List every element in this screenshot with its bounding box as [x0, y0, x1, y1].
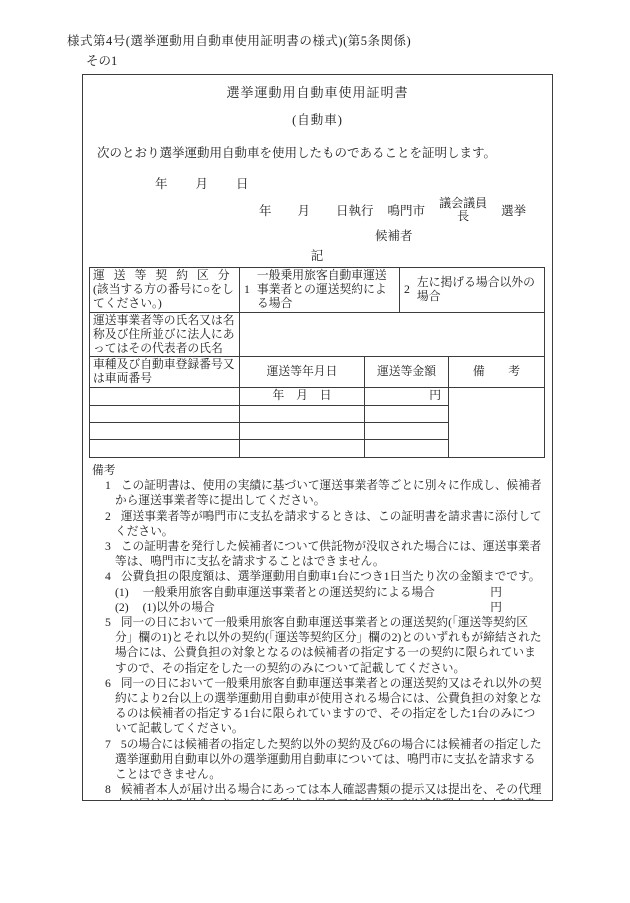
note-subitem-4-1: (1) 一般乗用旅客自動車運送事業者との運送契約による場合 円 — [115, 585, 544, 600]
vehicle-entry-cell — [90, 439, 240, 457]
date-entry-cell — [240, 405, 365, 422]
table-row: 年 月 日 円 — [90, 387, 545, 405]
election-day-exec-label: 日執行 — [336, 201, 374, 219]
note-text: 同一の日において一般乗用旅客自動車運送事業者との運送契約(「運送等契約区分」欄の… — [115, 616, 542, 675]
unit-date-cell: 年 月 日 — [240, 387, 365, 405]
ki-label: 記 — [91, 246, 544, 264]
note-item-2: 2運送事業者等が鳴門市に支払を請求するときは、この証明書を請求書に添付してくださ… — [96, 509, 544, 539]
note-item-5: 5同一の日において一般乗用旅客自動車運送事業者との運送契約(「運送等契約区分」欄… — [96, 615, 544, 676]
option-2-number: 2 — [403, 283, 410, 297]
unit-yen-cell: 円 — [365, 387, 449, 405]
note-text: 同一の日において一般乗用旅客自動車運送事業者との運送契約又はそれ以外の契約により… — [115, 677, 542, 736]
operator-row: 運送事業者等の氏名又は名称及び住所並びに法人にあってはその代表者の氏名 — [90, 313, 545, 357]
office-mayor-label: 長 — [457, 210, 469, 223]
contract-category-cell: 運送等契約区分 (該当する方の番号に○をしてください。) — [90, 268, 240, 313]
issue-day-label: 日 — [236, 174, 249, 192]
note-text: 5の場合には候補者の指定した契約以外の契約及び6の場合には候補者の指定した選挙運… — [115, 738, 542, 781]
vehicle-entry-cell — [90, 405, 240, 422]
issue-month-label: 月 — [196, 174, 209, 192]
date-entry-cell — [240, 422, 365, 439]
note-text: この証明書は、使用の実績に基づいて運送事業者等ごとに別々に作成し、候補者から運送… — [115, 479, 542, 507]
option-1-number: 1 — [243, 283, 250, 297]
note-number: 3 — [105, 540, 111, 553]
amount-column-header: 運送等金額 — [365, 357, 449, 388]
option-2-text: 左に掲げる場合以外の場合 — [417, 276, 541, 304]
contract-option-2-cell: 2 左に掲げる場合以外の場合 — [400, 268, 545, 313]
note-subitem-4-2: (2) (1)以外の場合 円 — [115, 600, 544, 615]
vehicle-entry-cell — [90, 422, 240, 439]
note-number: 5 — [105, 616, 111, 629]
note-number: 7 — [105, 738, 111, 751]
subitem-yen-label: 円 — [490, 600, 502, 615]
contract-option-1-cell: 1 一般乗用旅客自動車運送事業者との運送契約による場合 — [240, 268, 400, 313]
operator-entry-cell — [240, 313, 545, 357]
date-column-header: 運送等年月日 — [240, 357, 365, 388]
note-number: 8 — [105, 783, 111, 796]
contract-category-note: (該当する方の番号に○をしてください。) — [93, 283, 236, 311]
election-label: 選挙 — [501, 201, 526, 219]
note-number: 1 — [105, 479, 111, 492]
notes-section: 備考 1この証明書は、使用の実績に基づいて運送事業者等ごとに別々に作成し、候補者… — [91, 463, 544, 801]
amount-entry-cell — [365, 439, 449, 457]
city-label: 鳴門市 — [388, 201, 426, 219]
subitem-yen-label: 円 — [490, 585, 502, 600]
contract-category-label: 運送等契約区分 — [93, 269, 236, 283]
note-number: 4 — [105, 570, 111, 583]
note-item-6: 6同一の日において一般乗用旅客自動車運送事業者との運送契約又はそれ以外の契約によ… — [96, 676, 544, 737]
office-type-stack: 議会議員 長 — [439, 197, 487, 223]
note-item-3: 3この証明書を発行した候補者について供託物が没収された場合には、運送事業者等は、… — [96, 539, 544, 569]
subitem-text: (1)以外の場合 — [143, 600, 491, 615]
subitem-number: (2) — [115, 600, 129, 615]
note-item-1: 1この証明書は、使用の実績に基づいて運送事業者等ごとに別々に作成し、候補者から運… — [96, 478, 544, 508]
issue-year-label: 年 — [155, 174, 168, 192]
statement-text: 次のとおり選挙運動用自動車を使用したものであることを証明します。 — [97, 143, 544, 161]
certificate-title: 選挙運動用自動車使用証明書 — [91, 82, 544, 101]
election-year-label: 年 — [259, 201, 272, 219]
certificate-subtitle: (自動車) — [91, 110, 544, 128]
amount-entry-cell — [365, 405, 449, 422]
certificate-box: 選挙運動用自動車使用証明書 (自動車) 次のとおり選挙運動用自動車を使用したもの… — [82, 74, 553, 801]
notes-heading: 備考 — [92, 463, 544, 478]
note-number: 2 — [105, 510, 111, 523]
note-text: この証明書を発行した候補者について供託物が没収された場合には、運送事業者等は、鳴… — [115, 540, 541, 568]
note-item-8: 8候補者本人が届け出る場合にあっては本人確認書類の提示又は提出を、その代理人が届… — [96, 782, 544, 801]
vehicle-label-cell: 車種及び自動車登録番号又は車両番号 — [90, 357, 240, 388]
remarks-entry-cell — [449, 387, 545, 457]
election-info-line: 年 月 日執行 鳴門市 議会議員 長 選挙 — [259, 195, 544, 225]
issue-date-line: 年 月 日 — [155, 174, 544, 192]
operator-label-cell: 運送事業者等の氏名又は名称及び住所並びに法人にあってはその代表者の氏名 — [90, 313, 240, 357]
sub-number-label: その1 — [86, 51, 117, 69]
column-header-row: 車種及び自動車登録番号又は車両番号 運送等年月日 運送等金額 備 考 — [90, 357, 545, 388]
election-month-label: 月 — [298, 201, 311, 219]
note-text: 公費負担の限度額は、選挙運動用自動車1台につき1日当たり次の金額までです。 — [121, 570, 541, 583]
date-entry-cell — [240, 439, 365, 457]
subitem-number: (1) — [115, 585, 129, 600]
candidate-label: 候補者 — [375, 226, 544, 244]
usage-table: 運送等契約区分 (該当する方の番号に○をしてください。) 1 一般乗用旅客自動車… — [89, 267, 545, 458]
note-text: 候補者本人が届け出る場合にあっては本人確認書類の提示又は提出を、その代理人が届け… — [115, 783, 541, 801]
contract-category-row: 運送等契約区分 (該当する方の番号に○をしてください。) 1 一般乗用旅客自動車… — [90, 268, 545, 313]
note-text: 運送事業者等が鳴門市に支払を請求するときは、この証明書を請求書に添付してください… — [115, 510, 542, 538]
form-number-line: 様式第4号(選挙運動用自動車使用証明書の様式)(第5条関係) — [67, 31, 411, 49]
note-item-7: 75の場合には候補者の指定した契約以外の契約及び6の場合には候補者の指定した選挙… — [96, 737, 544, 783]
vehicle-entry-cell — [90, 387, 240, 405]
subitem-text: 一般乗用旅客自動車運送事業者との運送契約による場合 — [143, 585, 491, 600]
note-item-4: 4公費負担の限度額は、選挙運動用自動車1台につき1日当たり次の金額までです。 — [96, 569, 544, 584]
option-1-text: 一般乗用旅客自動車運送事業者との運送契約による場合 — [257, 269, 396, 310]
remarks-column-header: 備 考 — [449, 357, 545, 388]
note-number: 6 — [105, 677, 111, 690]
amount-entry-cell — [365, 422, 449, 439]
